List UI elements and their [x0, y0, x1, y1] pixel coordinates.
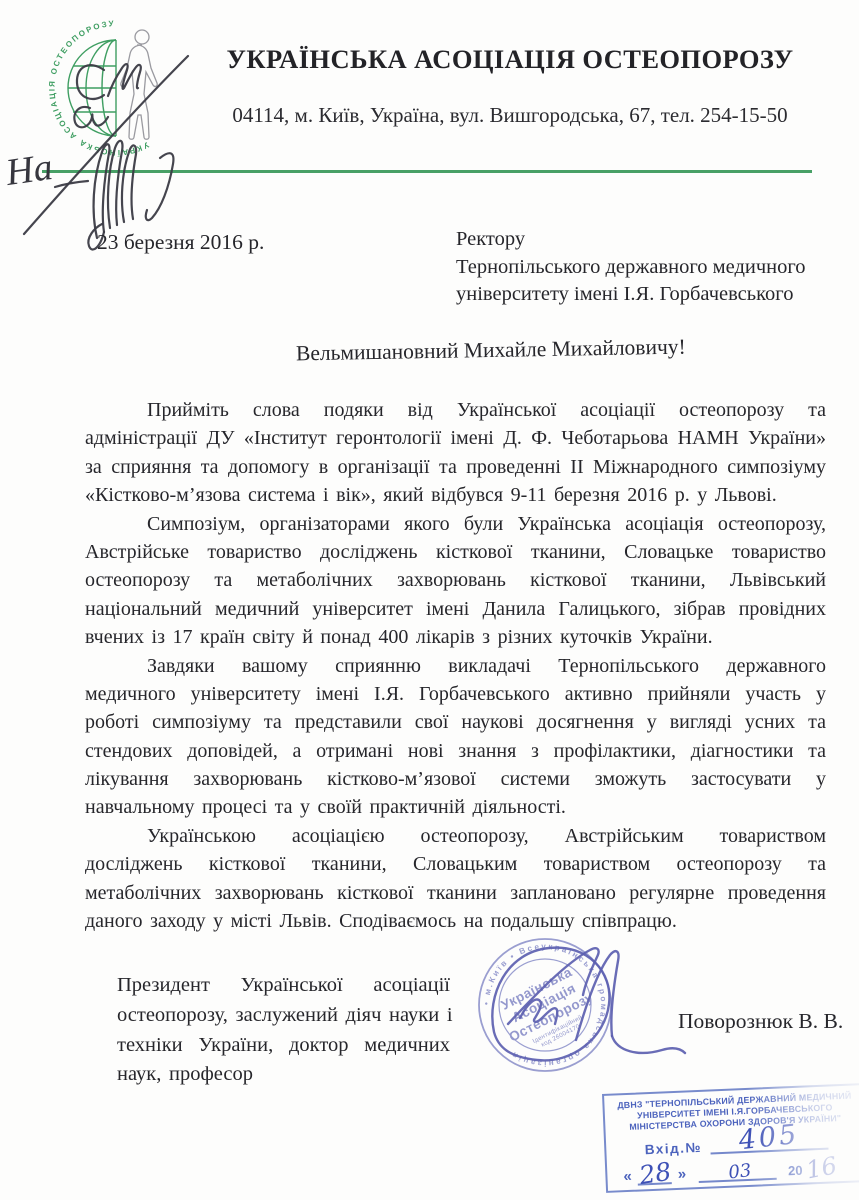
- signer-title-line: техніки України, доктор медичних: [117, 1031, 450, 1061]
- registration-stamp: ДВНЗ "ТЕРНОПІЛЬСЬКИЙ ДЕРЖАВНИЙ МЕДИЧНИЙ …: [602, 1083, 859, 1193]
- signer-title-line: Президент Української асоціації: [117, 971, 450, 1001]
- quote-open: «: [623, 1168, 632, 1185]
- body-line: Симпозіум, організаторами якого були Укр…: [85, 510, 826, 538]
- body-line: національний медичний університет імені …: [85, 595, 826, 623]
- body-line: Українською асоціацією остеопорозу, Авст…: [85, 822, 826, 850]
- body-line: Завдяки вашому сприянню викладачі Терноп…: [85, 652, 826, 680]
- body-line: Прийміть слова подяки від Української ас…: [85, 396, 826, 424]
- body-line: «Кістково-м’язова система і вік», який в…: [85, 481, 826, 509]
- entry-number-label: Вхід.№: [644, 1140, 702, 1157]
- signer-title-line: остеопорозу, заслужений діяч науки і: [117, 1001, 450, 1031]
- body-line: стендових доповідей, а отримані нові зна…: [85, 737, 826, 765]
- day-handwritten: 28: [638, 1157, 674, 1190]
- body-line: остеопорозу та метаболічних захворювань …: [85, 566, 826, 594]
- body-line: досліджень кісткової тканини, Словацьким…: [85, 850, 826, 878]
- recipient-line: Ректору: [456, 226, 806, 254]
- month-field: 03: [698, 1162, 777, 1183]
- day-field: 28: [637, 1166, 672, 1185]
- year-prefix: 20: [788, 1163, 803, 1179]
- body-line: вчених із 17 країн світу й понад 400 лік…: [85, 623, 826, 651]
- quote-close: »: [677, 1166, 686, 1183]
- signer-title-block: Президент Української асоціації остеопор…: [117, 971, 450, 1090]
- body-line: Австрійське товариство досліджень кістко…: [85, 538, 826, 566]
- body-line: за сприяння та допомогу в організації та…: [85, 453, 826, 481]
- body-line: метаболічних захворювань кісткової ткани…: [85, 879, 826, 907]
- entry-number-handwritten: 405: [737, 1119, 801, 1157]
- body-line: роботі симпозіуму та представили свої на…: [85, 708, 826, 736]
- handwritten-scribbles-icon: [0, 25, 340, 265]
- body-line: медичного університету імені І.Я. Горбач…: [85, 680, 826, 708]
- recipient-line: Тернопільського державного медичного: [456, 254, 806, 282]
- round-stamp-and-signature: • м.Київ • Всеукраїнська громадська орга…: [450, 925, 710, 1090]
- recipient-block: Ректору Тернопільського державного медич…: [456, 226, 806, 309]
- body-line: навчальному процесі та у своїй практичні…: [85, 793, 826, 821]
- body-line: лікування захворювань кістково-м’язової …: [85, 765, 826, 793]
- recipient-line: університету імені І.Я. Горбачевського: [456, 281, 806, 309]
- signer-title-line: наук, професор: [117, 1060, 450, 1090]
- salutation: Вельмишановний Михайле Михайловичу!: [296, 335, 686, 367]
- month-handwritten: 03: [727, 1160, 752, 1183]
- scanned-letter: УКРАЇНСЬКА АСОЦІАЦІЯ ОСТЕОПОРОЗУ УКРАЇНС…: [0, 0, 859, 1200]
- year-handwritten: 16: [804, 1151, 839, 1184]
- body-line: адміністрації ДУ «Інститут геронтології …: [85, 424, 826, 452]
- letter-body: Прийміть слова подяки від Української ас…: [85, 396, 826, 935]
- letter-date: 23 березня 2016 р.: [97, 230, 264, 255]
